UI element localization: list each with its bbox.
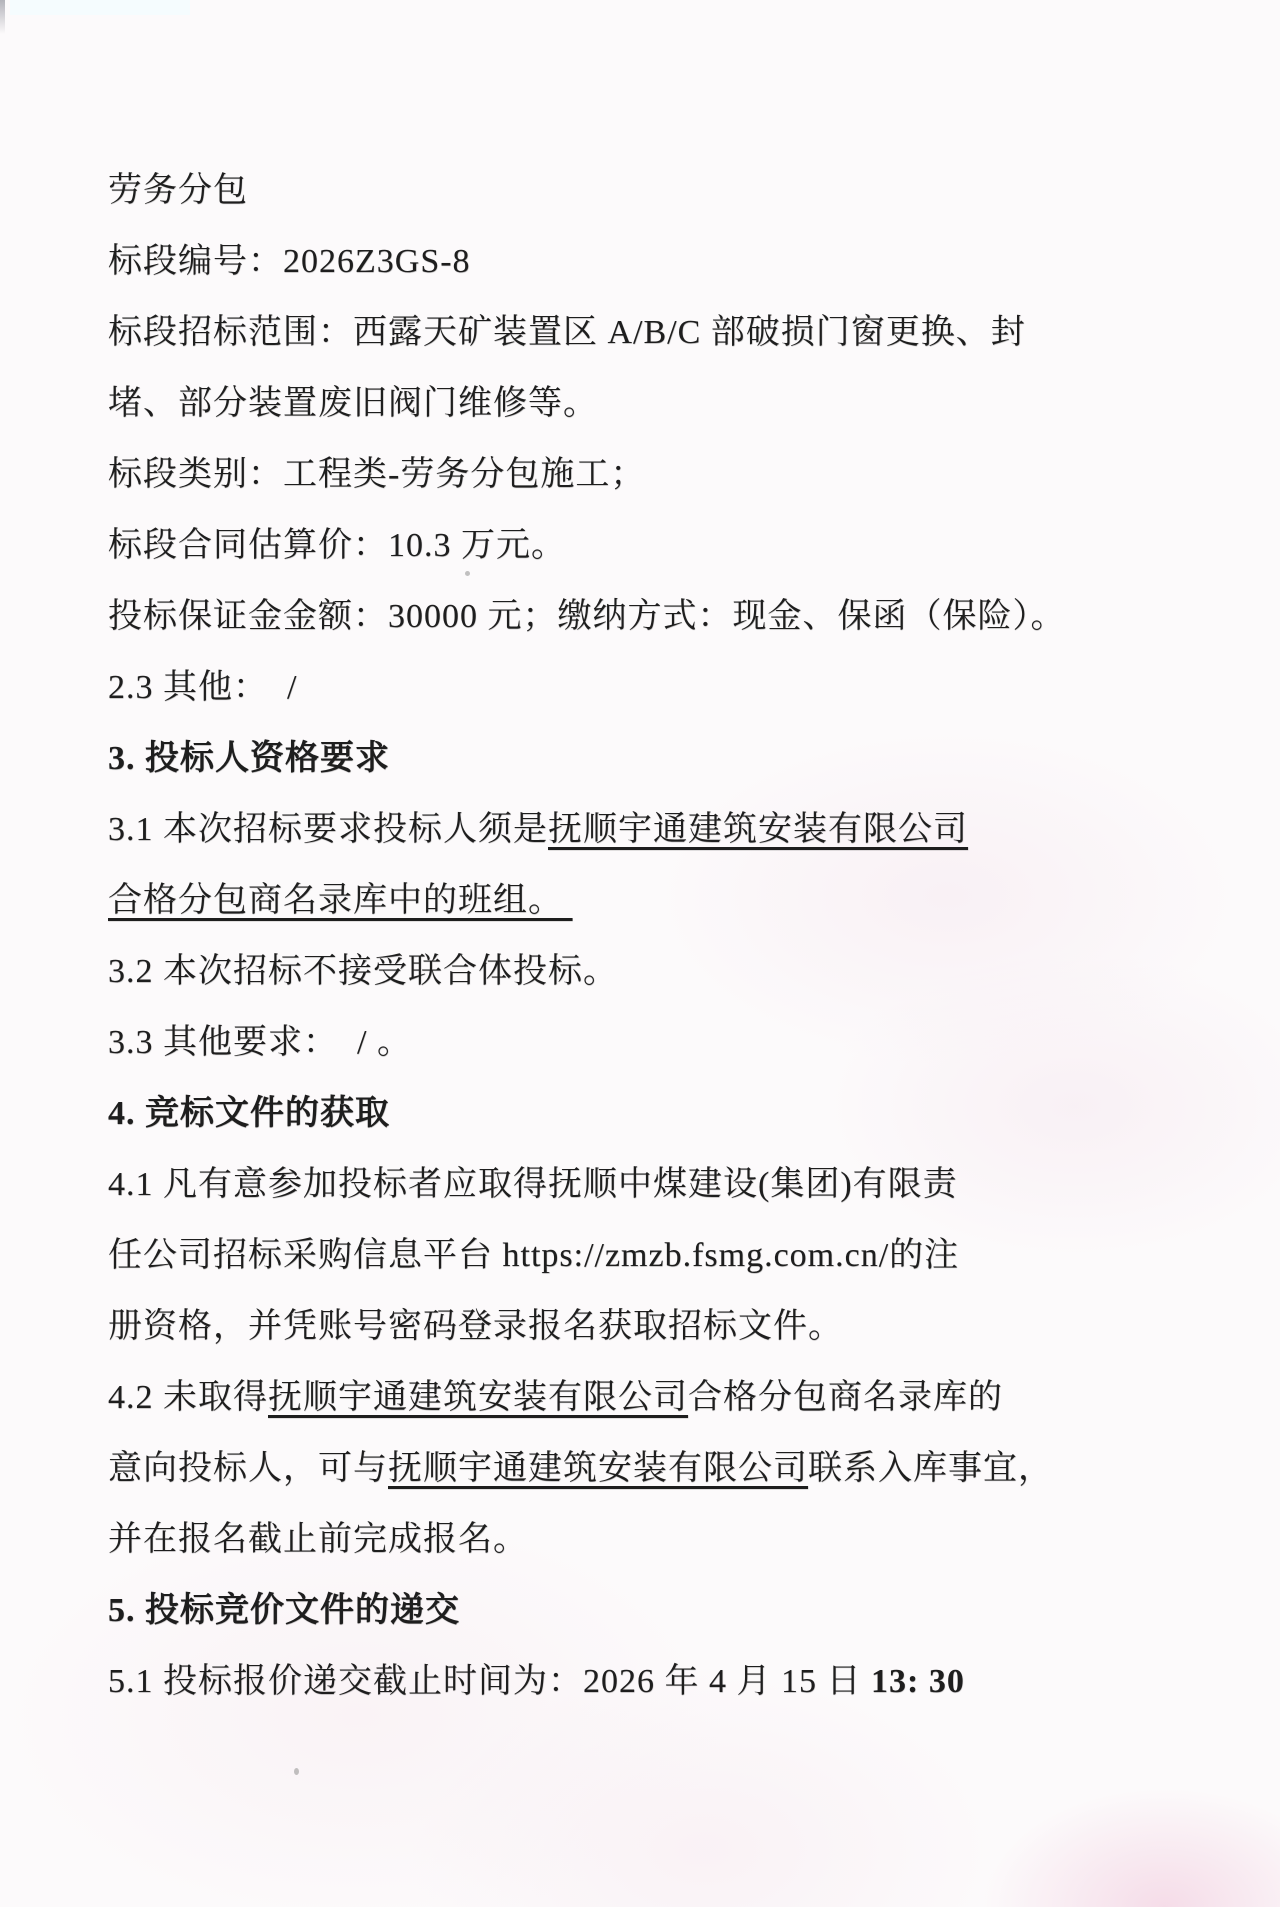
body-text: 标段合同估算价：10.3 万元。 [108, 527, 566, 564]
scan-edge-artifact [10, 0, 190, 15]
body-text: 13: 30 [871, 1663, 965, 1700]
body-text: 合格分包商名录库的 [688, 1379, 1003, 1416]
body-text: 3.3 其他要求： / 。 [108, 1024, 412, 1061]
body-text: 任公司招标采购信息平台 https://zmzb.fsmg.com.cn/的注 [108, 1237, 959, 1274]
text-line: 堵、部分装置废旧阀门维修等。 [108, 368, 1188, 439]
text-line: 合格分包商名录库中的班组。 [108, 865, 1188, 936]
text-line: 3.2 本次招标不接受联合体投标。 [108, 936, 1188, 1007]
body-text: 册资格，并凭账号密码登录报名获取招标文件。 [108, 1308, 843, 1345]
text-line: 4.2 未取得抚顺宇通建筑安装有限公司合格分包商名录库的 [108, 1362, 1188, 1433]
body-text: 劳务分包 [108, 172, 248, 209]
text-line: 4. 竞标文件的获取 [108, 1078, 1188, 1149]
text-line: 标段类别：工程类-劳务分包施工； [108, 439, 1188, 510]
text-line: 标段招标范围：西露天矿装置区 A/B/C 部破损门窗更换、封 [108, 297, 1188, 368]
text-line: 并在报名截止前完成报名。 [108, 1504, 1188, 1575]
text-line: 3.3 其他要求： / 。 [108, 1007, 1188, 1078]
section-heading-text: 5. 投标竞价文件的递交 [108, 1592, 460, 1629]
document-body: 劳务分包标段编号：2026Z3GS-8标段招标范围：西露天矿装置区 A/B/C … [108, 155, 1188, 1717]
text-line: 意向投标人，可与抚顺宇通建筑安装有限公司联系入库事宜， [108, 1433, 1188, 1504]
text-line: 3.1 本次招标要求投标人须是抚顺宇通建筑安装有限公司 [108, 794, 1188, 865]
text-line: 标段编号：2026Z3GS-8 [108, 226, 1188, 297]
body-text: 2.3 其他： / [108, 669, 297, 706]
body-text: 投标保证金金额：30000 元；缴纳方式：现金、保函（保险）。 [108, 598, 1066, 635]
body-text: 4.2 未取得 [108, 1379, 268, 1416]
section-heading-text: 3. 投标人资格要求 [108, 740, 390, 777]
body-text: 3.1 本次招标要求投标人须是 [108, 811, 548, 848]
body-text: 标段编号：2026Z3GS-8 [108, 243, 471, 280]
underlined-company-text: 抚顺宇通建筑安装有限公司 [268, 1379, 688, 1416]
text-line: 标段合同估算价：10.3 万元。 [108, 510, 1188, 581]
text-line: 5.1 投标报价递交截止时间为：2026 年 4 月 15 日 13: 30 [108, 1646, 1188, 1717]
text-line: 5. 投标竞价文件的递交 [108, 1575, 1188, 1646]
text-line: 册资格，并凭账号密码登录报名获取招标文件。 [108, 1291, 1188, 1362]
text-line: 投标保证金金额：30000 元；缴纳方式：现金、保函（保险）。 [108, 581, 1188, 652]
body-text: 标段招标范围：西露天矿装置区 A/B/C 部破损门窗更换、封 [108, 314, 1026, 351]
scan-speck [294, 1768, 299, 1775]
underlined-company-text: 抚顺宇通建筑安装有限公司 [388, 1450, 808, 1487]
document-page: 劳务分包标段编号：2026Z3GS-8标段招标范围：西露天矿装置区 A/B/C … [0, 0, 1280, 1907]
text-line: 4.1 凡有意参加投标者应取得抚顺中煤建设(集团)有限责 [108, 1149, 1188, 1220]
underlined-company-text: 抚顺宇通建筑安装有限公司 [548, 811, 968, 848]
underlined-company-text: 合格分包商名录库中的班组。 [108, 882, 573, 919]
section-heading-text: 4. 竞标文件的获取 [108, 1095, 390, 1132]
text-line: 任公司招标采购信息平台 https://zmzb.fsmg.com.cn/的注 [108, 1220, 1188, 1291]
text-line: 3. 投标人资格要求 [108, 723, 1188, 794]
body-text: 3.2 本次招标不接受联合体投标。 [108, 953, 618, 990]
body-text: 意向投标人，可与 [108, 1450, 388, 1487]
body-text: 4.1 凡有意参加投标者应取得抚顺中煤建设(集团)有限责 [108, 1166, 958, 1203]
text-line: 2.3 其他： / [108, 652, 1188, 723]
body-text: 堵、部分装置废旧阀门维修等。 [108, 385, 598, 422]
body-text: 5.1 投标报价递交截止时间为：2026 年 4 月 15 日 [108, 1663, 871, 1700]
body-text: 标段类别：工程类-劳务分包施工； [108, 456, 645, 493]
text-line: 劳务分包 [108, 155, 1188, 226]
body-text: 并在报名截止前完成报名。 [108, 1521, 528, 1558]
scan-corner-artifact [0, 0, 5, 34]
body-text: 联系入库事宜， [808, 1450, 1053, 1487]
